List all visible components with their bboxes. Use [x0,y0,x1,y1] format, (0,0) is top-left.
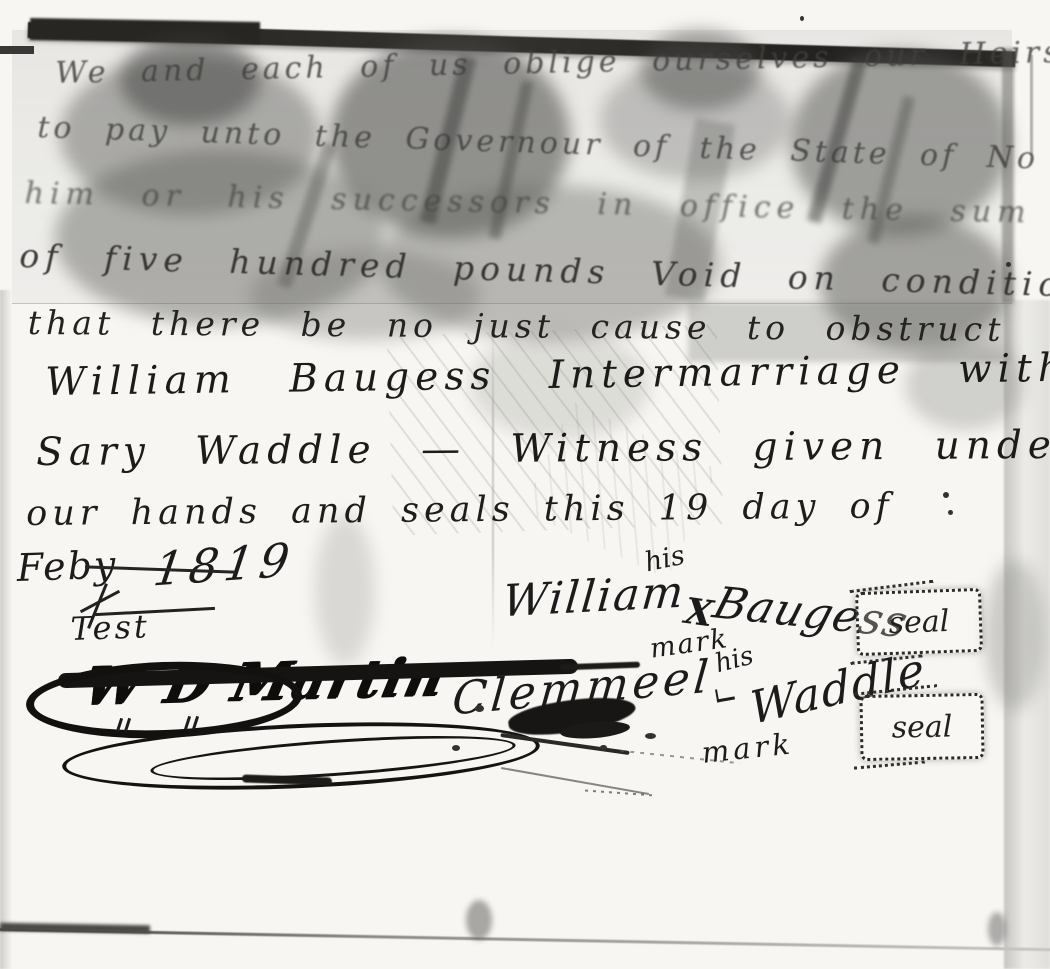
ink-speck [475,705,484,712]
ink-speck [645,733,656,739]
bride-witness-line: Sary Waddle — Witness given under [36,423,1050,475]
bottom-fold-line-dark-end [0,923,150,934]
groom-intermarriage-line: William Baugess Intermarriage with [45,346,1050,405]
paper-edge-left-lower [0,290,12,969]
surety-seal-label: seal [891,709,952,745]
surety-seal-box: seal [859,693,984,761]
hands-and-seals-line: our hands and seals this 19 day of [26,486,894,534]
fold-line-wisp [466,900,492,940]
surety-mark-label: mark [700,726,795,769]
scan-fold-band-left-stub [0,46,34,54]
scanned-document-page: We and each of us oblige ourselves our H… [0,0,1050,969]
ink-speck [600,745,607,750]
scan-fold-band-dark-segment [30,18,260,44]
scratch-line [501,767,649,795]
fold-line-wisp [988,912,1006,946]
date-year: 1819 [150,532,298,597]
ink-smudge [315,515,375,665]
groom-seal-label: seal [888,603,950,640]
ink-speck [452,745,460,751]
ink-speck [943,492,949,498]
ink-speck [800,16,804,21]
ink-speck [948,510,953,515]
dotted-scratch [585,790,655,797]
paper-edge-right-lower [1004,300,1050,969]
surety-his-squiggle [715,687,735,703]
condition-line: that there be no just cause to obstruct [28,303,1006,349]
ink-speck [1006,262,1011,267]
bottom-fold-line [0,928,1050,951]
